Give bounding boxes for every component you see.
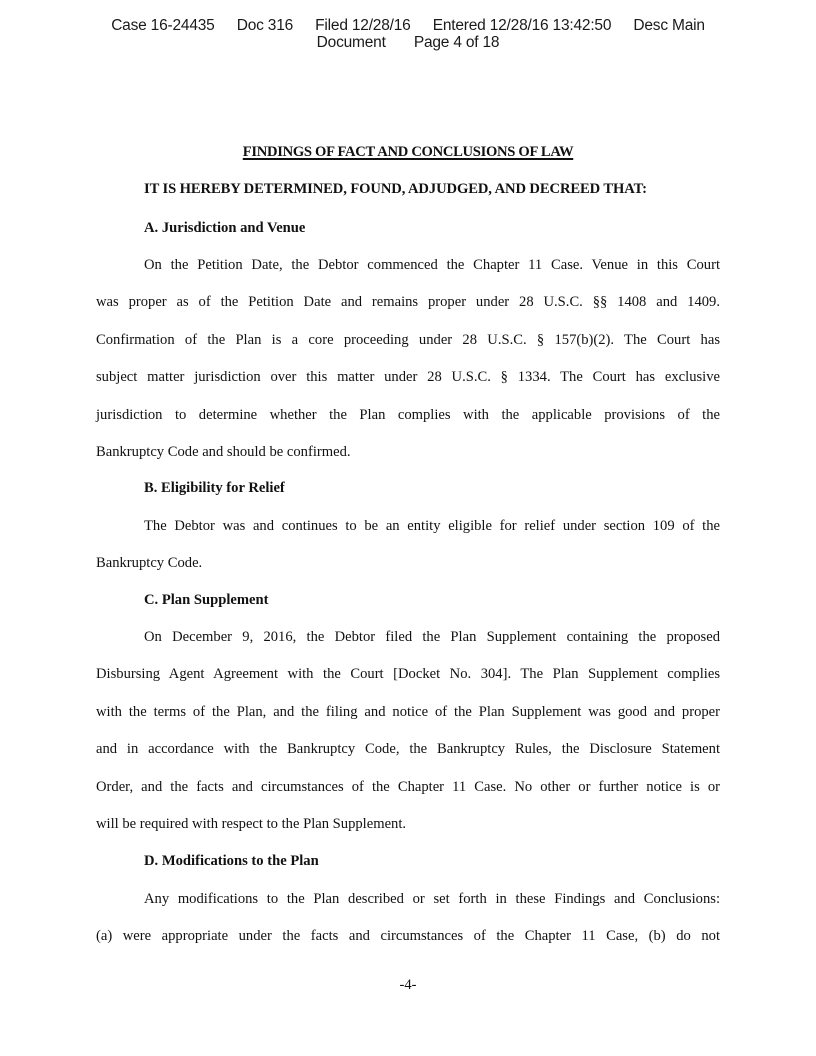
paragraph-line: Confirmation of the Plan is a core proce… [96,322,720,359]
page-number: -4- [0,977,816,994]
section-heading-c: C. Plan Supplement [144,592,268,609]
ecf-header-line-2: Document Page 4 of 18 [0,34,816,51]
document-title: FINDINGS OF FACT AND CONCLUSIONS OF LAW [96,144,720,161]
section-heading-b: B. Eligibility for Relief [144,480,285,497]
paragraph-line: with the terms of the Plan, and the fili… [96,694,720,731]
paragraph-line: On December 9, 2016, the Debtor filed th… [96,619,720,656]
paragraph-line: The Debtor was and continues to be an en… [96,508,720,545]
section-heading-d: D. Modifications to the Plan [144,853,319,870]
filed-date: Filed 12/28/16 [315,17,410,34]
paragraph-line: Order, and the facts and circumstances o… [96,769,720,806]
section-paragraph-a: On the Petition Date, the Debtor commenc… [96,247,720,471]
paragraph-line: and in accordance with the Bankruptcy Co… [96,731,720,768]
decree-statement: IT IS HEREBY DETERMINED, FOUND, ADJUDGED… [144,181,647,198]
paragraph-line: Bankruptcy Code and should be confirmed. [96,434,720,471]
paragraph-line: (a) were appropriate under the facts and… [96,918,720,955]
paragraph-line: Bankruptcy Code. [96,545,720,582]
paragraph-line: was proper as of the Petition Date and r… [96,284,720,321]
doc-number: Doc 316 [237,17,293,34]
description: Desc Main [633,17,704,34]
paragraph-line: subject matter jurisdiction over this ma… [96,359,720,396]
paragraph-line: On the Petition Date, the Debtor commenc… [96,247,720,284]
paragraph-line: will be required with respect to the Pla… [96,806,720,843]
ecf-filing-header: Case 16-24435 Doc 316 Filed 12/28/16 Ent… [0,17,816,51]
section-paragraph-d: Any modifications to the Plan described … [96,881,720,956]
entered-date: Entered 12/28/16 13:42:50 [433,17,612,34]
section-heading-a: A. Jurisdiction and Venue [144,220,305,237]
ecf-header-line-1: Case 16-24435 Doc 316 Filed 12/28/16 Ent… [0,17,816,34]
paragraph-line: Any modifications to the Plan described … [96,881,720,918]
paragraph-line: jurisdiction to determine whether the Pl… [96,397,720,434]
case-number: Case 16-24435 [111,17,214,34]
paragraph-line: Disbursing Agent Agreement with the Cour… [96,656,720,693]
document-label: Document [317,34,386,51]
page-count: Page 4 of 18 [414,34,500,51]
section-paragraph-b: The Debtor was and continues to be an en… [96,508,720,583]
section-paragraph-c: On December 9, 2016, the Debtor filed th… [96,619,720,843]
